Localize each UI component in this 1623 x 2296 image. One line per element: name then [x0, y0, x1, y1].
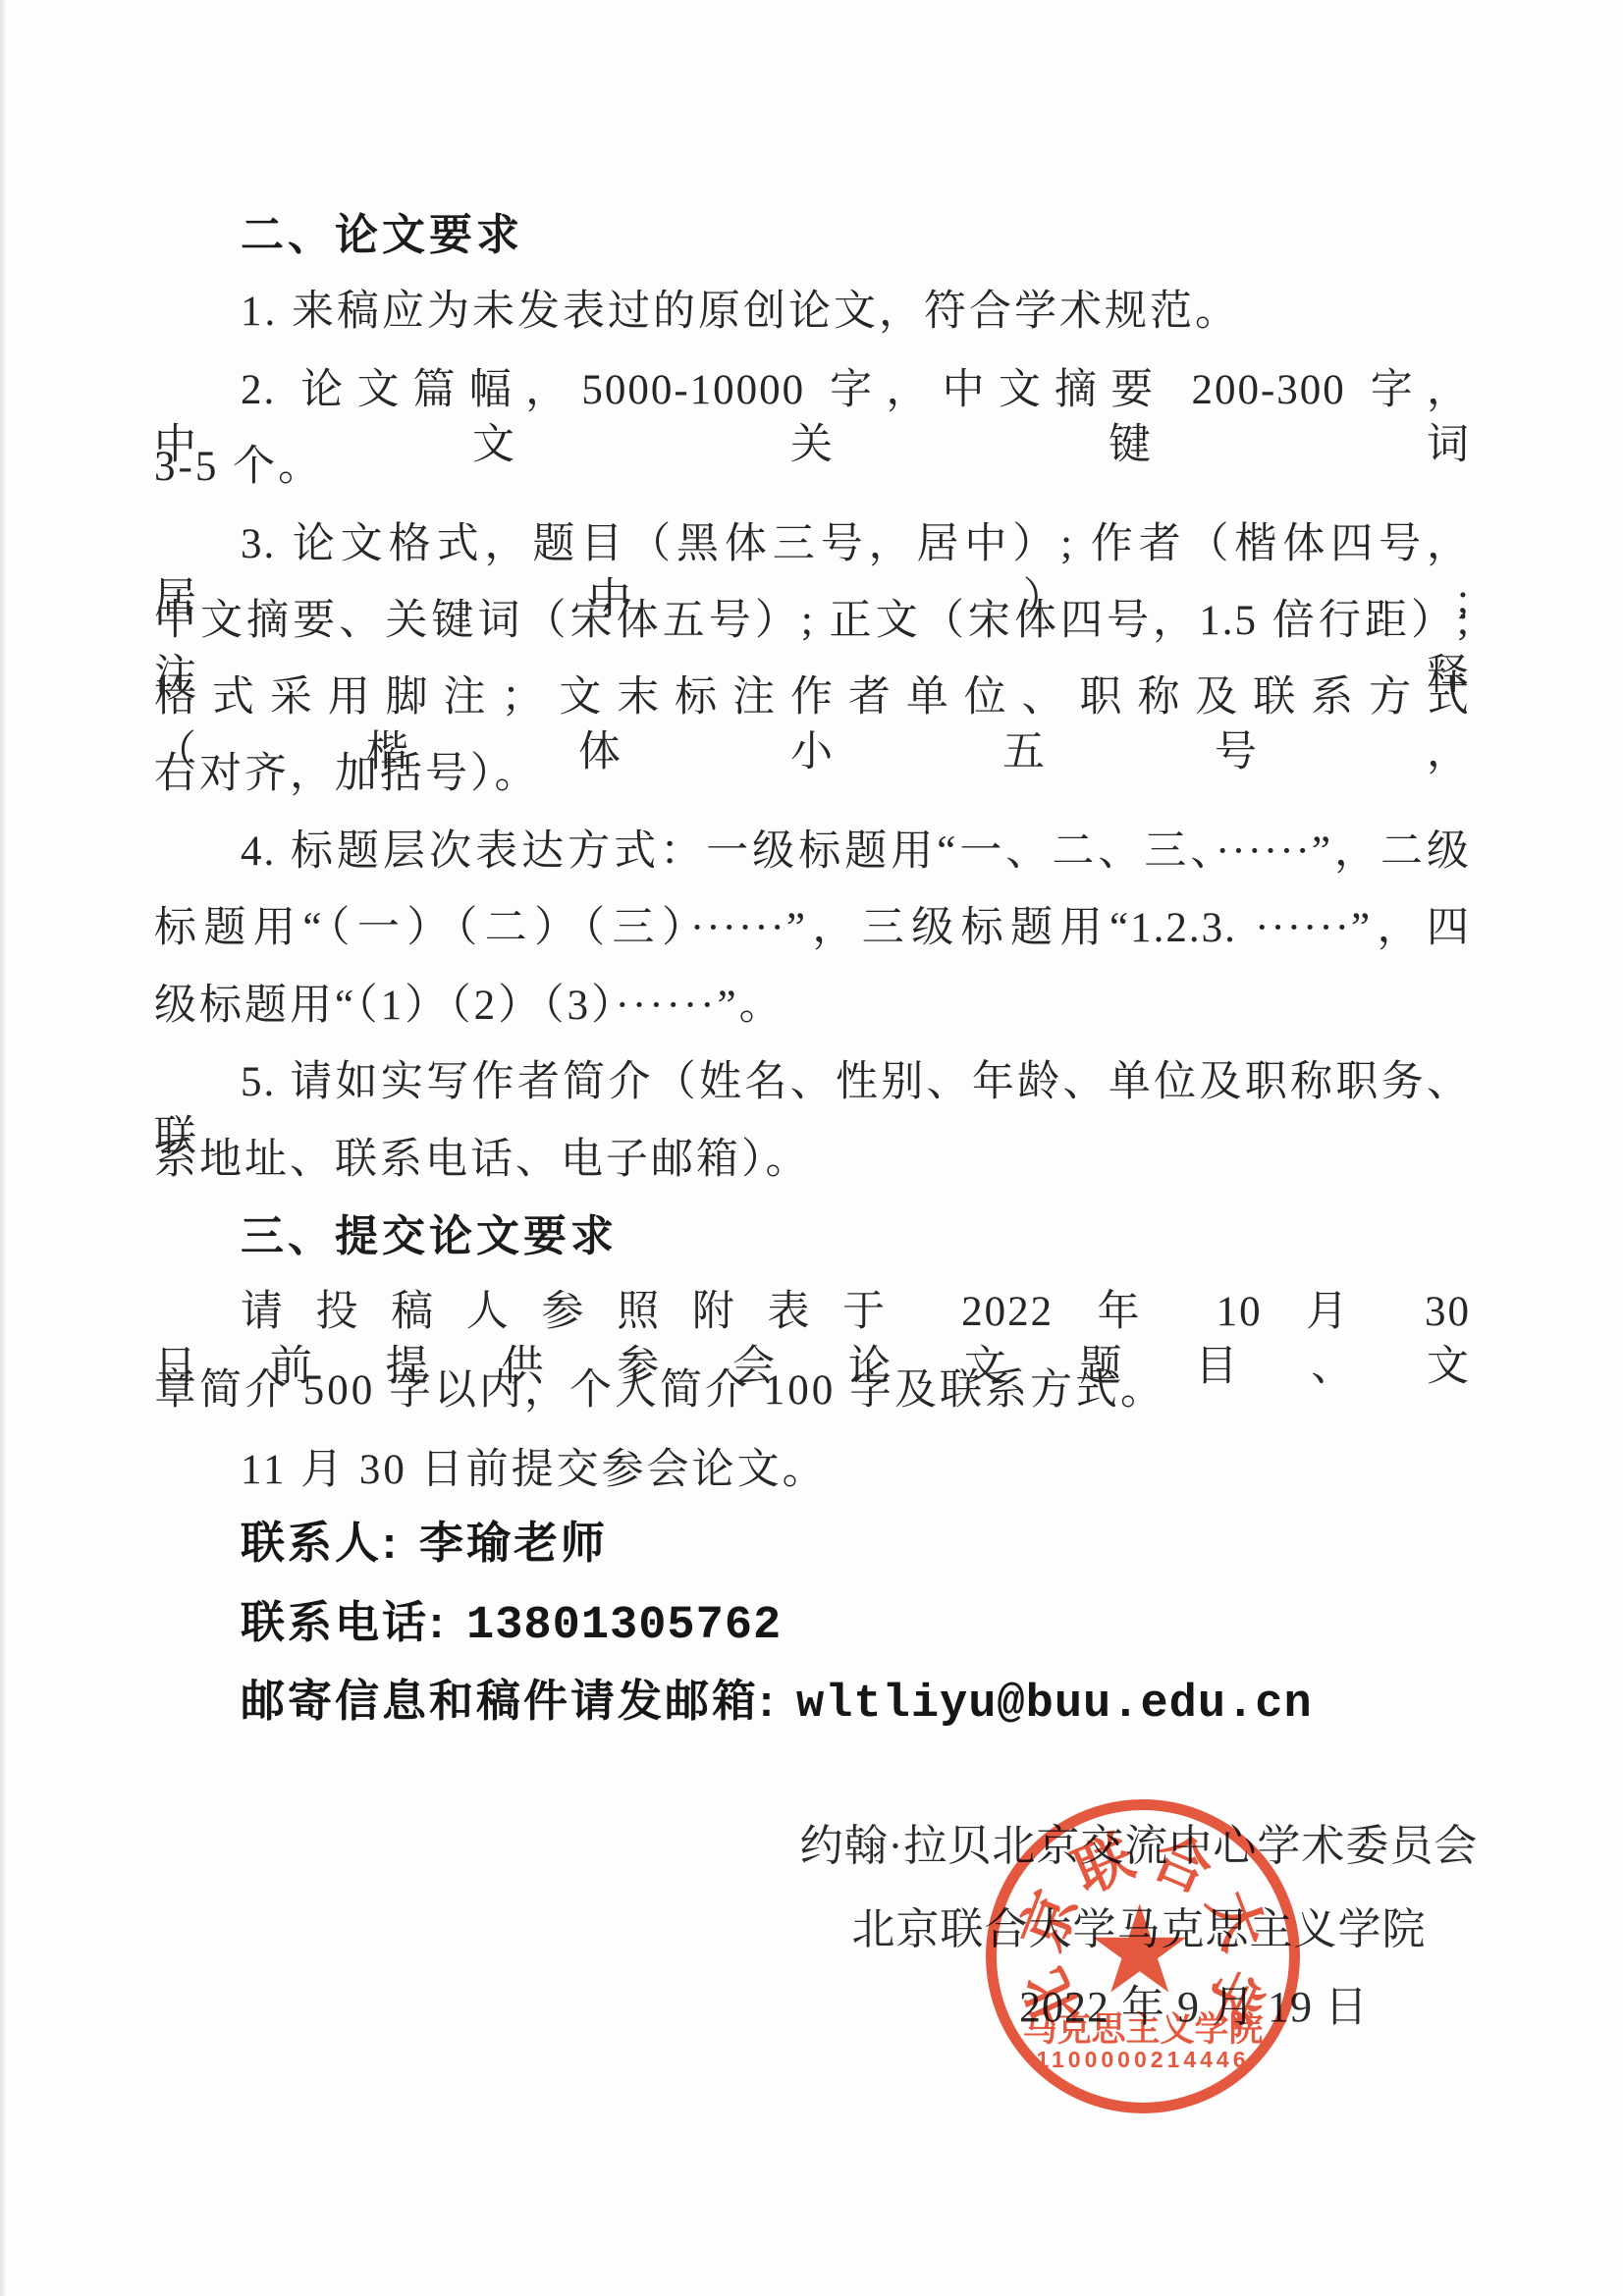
contact-email-label: 邮寄信息和稿件请发邮箱:: [241, 1676, 777, 1726]
contact-phone-value: 13801305762: [466, 1600, 782, 1652]
paragraph-5-line-2: 系地址、联系电话、电子邮箱）。: [154, 1133, 1471, 1188]
official-red-seal: 北 京 联 合 大 学 ★ 马克思主义学院 1100000214446: [986, 1799, 1300, 2113]
section-heading-submission-requirements: 三、提交论文要求: [154, 1209, 1471, 1264]
paragraph-6-line-2: 章简介 500 字以内，个人简介 100 字及联系方式。: [154, 1363, 1471, 1418]
section-heading-paper-requirements: 二、论文要求: [154, 208, 1471, 263]
contact-email-row: 邮寄信息和稿件请发邮箱:wltliyu@buu.edu.cn: [241, 1674, 1471, 1733]
paragraph-1: 1. 来稿应为未发表过的原创论文，符合学术规范。: [154, 285, 1471, 340]
paragraph-4-line-3: 级标题用“（1）（2）（3）······”。: [154, 979, 1471, 1034]
contact-person-row: 联系人:李瑜老师: [241, 1516, 1471, 1571]
paragraph-7: 11 月 30 日前提交参会论文。: [154, 1443, 1471, 1498]
contact-phone-row: 联系电话:13801305762: [241, 1595, 1471, 1654]
paragraph-3-line-4: 右对齐，加括号）。: [154, 747, 1471, 802]
contact-phone-label: 联系电话:: [241, 1597, 447, 1647]
contact-person-value: 李瑜老师: [419, 1518, 608, 1568]
seal-serial-number: 1100000214446: [986, 2047, 1300, 2073]
contact-person-label: 联系人:: [241, 1518, 400, 1568]
paragraph-4-line-1: 4. 标题层次表达方式：一级标题用“一、二、三、······”，二级: [154, 825, 1471, 880]
paragraph-2-line-2: 3-5 个。: [154, 440, 1471, 495]
scan-edge-shadow: [0, 0, 7, 2296]
star-icon: ★: [1085, 1890, 1194, 2011]
paragraph-4-line-2: 标题用“（一）（二）（三）······”，三级标题用“1.2.3. ······…: [154, 901, 1471, 956]
contact-email-value: wltliyu@buu.edu.cn: [796, 1679, 1313, 1731]
seal-college-text: 马克思主义学院: [986, 2002, 1300, 2052]
document-page: 二、论文要求 1. 来稿应为未发表过的原创论文，符合学术规范。 2. 论文篇幅，…: [0, 0, 1623, 2296]
